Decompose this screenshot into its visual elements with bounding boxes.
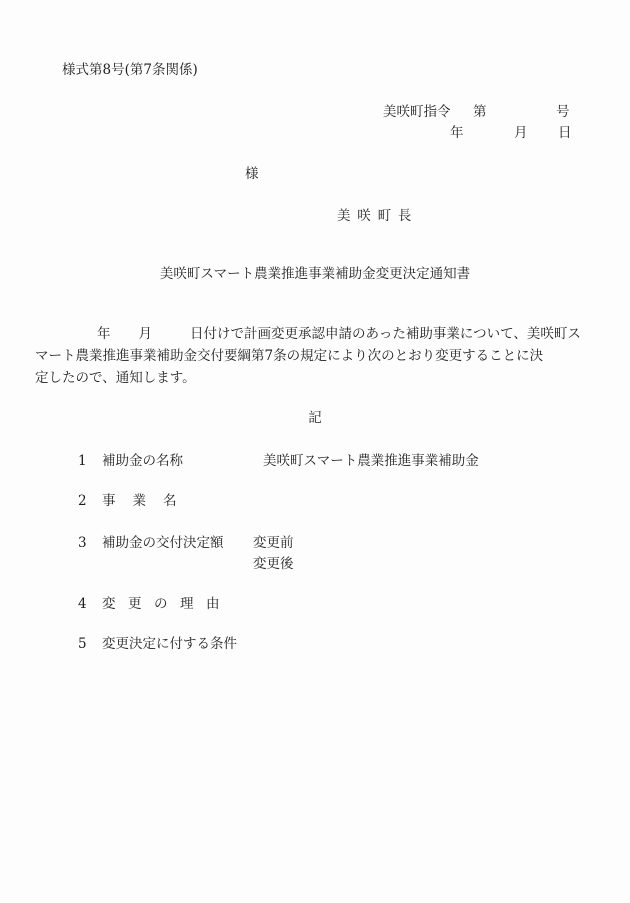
item-number: 4 [78, 597, 87, 612]
item-row-2: 2 事業名 [0, 494, 630, 509]
item-number: 1 [78, 454, 87, 469]
date-month-label: 月 [514, 126, 528, 141]
date-year-label: 年 [450, 126, 464, 141]
document-title: 美咲町スマート農業推進事業補助金変更決定通知書 [0, 267, 630, 282]
item-row-3: 3 補助金の交付決定額 変更前 [0, 536, 630, 551]
body-line1-text: 日付けで計画変更承認申請のあった補助事業について、美咲町ス [190, 327, 581, 342]
item-number: 2 [78, 494, 87, 509]
item-row-1: 1 補助金の名称 美咲町スマート農業推進事業補助金 [0, 454, 630, 469]
item-value-before-change: 変更前 [253, 536, 294, 551]
document-page: 様式第8号(第7条関係) 美咲町指令 第 号 年 月 日 様 美咲町長 美咲町ス… [0, 0, 630, 903]
item-label-project-name: 事業名 [102, 494, 194, 509]
item-number: 3 [78, 536, 87, 551]
item-label-reason-for-change: 変更の理由 [102, 597, 232, 612]
form-number: 様式第8号(第7条関係) [62, 63, 198, 78]
body-year-label: 年 [97, 327, 111, 342]
directive-number-prefix: 第 [473, 105, 487, 120]
list-marker: 記 [0, 411, 630, 426]
item-value-after-change: 変更後 [253, 557, 294, 572]
addressee-honorific: 様 [245, 167, 259, 182]
sender-title: 美咲町長 [337, 209, 418, 224]
body-paragraph-line1: 年月日付けで計画変更承認申請のあった補助事業について、美咲町ス [35, 327, 581, 342]
directive-agency: 美咲町指令 [383, 105, 451, 120]
body-month-label: 月 [139, 327, 153, 342]
item-row-4: 4 変更の理由 [0, 597, 630, 612]
item-label-subsidy-name: 補助金の名称 [102, 454, 183, 469]
body-paragraph-line2: マート農業推進事業補助金交付要綱第7条の規定により次のとおり変更することに決 [35, 349, 543, 364]
date-day-label: 日 [558, 126, 572, 141]
item-label-grant-amount: 補助金の交付決定額 [102, 536, 224, 551]
item-label-conditions: 変更決定に付する条件 [102, 637, 237, 652]
directive-number-suffix: 号 [556, 105, 570, 120]
item-number: 5 [78, 637, 87, 652]
body-paragraph-line3: 定したので、通知します。 [35, 371, 196, 386]
item-value-subsidy-name: 美咲町スマート農業推進事業補助金 [263, 454, 479, 469]
item-row-5: 5 変更決定に付する条件 [0, 637, 630, 652]
